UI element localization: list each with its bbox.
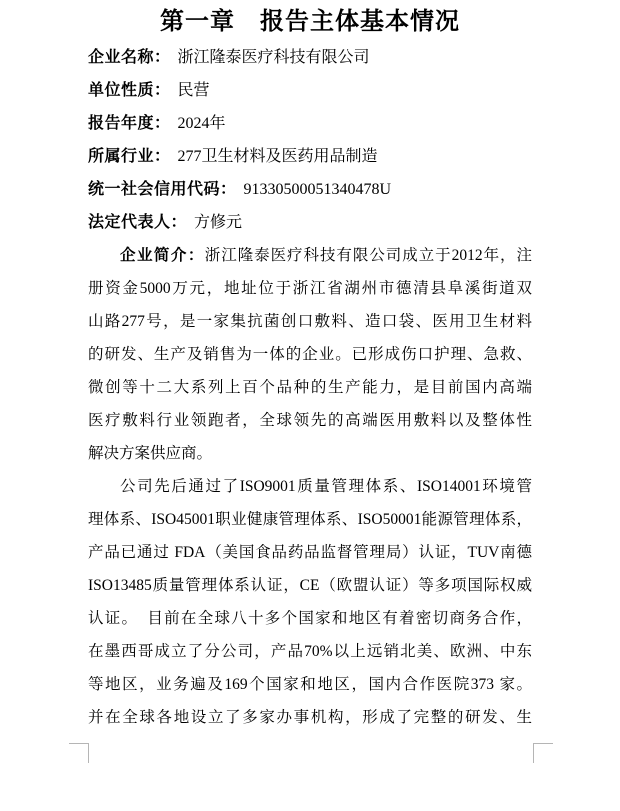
paragraph-line: 企业简介：浙江隆泰医疗科技有限公司成立于2012年，注: [88, 239, 532, 272]
chapter-title: 第一章 报告主体基本情况: [0, 0, 620, 39]
field-row: 所属行业：277卫生材料及医药用品制造: [88, 140, 532, 173]
paragraph-line: 等地区，业务遍及169个国家和地区，国内合作医院373 家。: [88, 668, 532, 701]
field-value: 民营: [178, 82, 210, 99]
document-body: 企业名称：浙江隆泰医疗科技有限公司单位性质：民营报告年度：2024年所属行业：2…: [88, 41, 532, 734]
document-page: 第一章 报告主体基本情况 企业名称：浙江隆泰医疗科技有限公司单位性质：民营报告年…: [0, 0, 620, 811]
field-label: 所属行业：: [88, 148, 171, 165]
paragraph-line: 微创等十二大系列上百个品种的生产能力，是目前国内高端: [88, 371, 532, 404]
paragraph-line: 的研发、生产及销售为一体的企业。已形成伤口护理、急救、: [88, 338, 532, 371]
paragraph-line: 产品已通过 FDA（美国食品药品监督管理局）认证，TUV南德: [88, 536, 532, 569]
inline-label: 企业简介：: [120, 247, 205, 264]
paragraph-line: 公司先后通过了ISO9001质量管理体系、ISO14001环境管: [88, 470, 532, 503]
paragraph-line: 在墨西哥成立了分公司，产品70%以上远销北美、欧洲、中东: [88, 635, 532, 668]
paragraph-line: ISO13485质量管理体系认证，CE（欧盟认证）等多项国际权威: [88, 569, 532, 602]
paragraph-line: 册资金5000万元，地址位于浙江省湖州市德清县阜溪街道双: [88, 272, 532, 305]
field-value: 277卫生材料及医药用品制造: [178, 148, 378, 165]
field-value: 浙江隆泰医疗科技有限公司: [178, 49, 370, 66]
field-row: 报告年度：2024年: [88, 107, 532, 140]
field-row: 法定代表人：方修元: [88, 206, 532, 239]
paragraph-line: 医疗敷料行业领跑者，全球领先的高端医用敷料以及整体性: [88, 404, 532, 437]
field-label: 企业名称：: [88, 49, 171, 66]
field-label: 单位性质：: [88, 82, 171, 99]
paragraph-line: 山路277号，是一家集抗菌创口敷料、造口袋、医用卫生材料: [88, 305, 532, 338]
field-row: 统一社会信用代码：91330500051340478U: [88, 173, 532, 206]
paragraph-line: 解决方案供应商。: [88, 437, 532, 470]
field-label: 法定代表人：: [88, 214, 187, 231]
page-margin-mark-right: [533, 743, 553, 763]
field-value: 91330500051340478U: [244, 181, 392, 198]
paragraph-line: 认证。 目前在全球八十多个国家和地区有着密切商务合作，: [88, 602, 532, 635]
field-value: 方修元: [194, 214, 242, 231]
paragraph: 企业简介：浙江隆泰医疗科技有限公司成立于2012年，注册资金5000万元，地址位…: [88, 239, 532, 470]
paragraph: 公司先后通过了ISO9001质量管理体系、ISO14001环境管理体系、ISO4…: [88, 470, 532, 734]
field-label: 统一社会信用代码：: [88, 181, 237, 198]
field-label: 报告年度：: [88, 115, 171, 132]
company-fields: 企业名称：浙江隆泰医疗科技有限公司单位性质：民营报告年度：2024年所属行业：2…: [88, 41, 532, 239]
paragraph-line: 理体系、ISO45001职业健康管理体系、ISO50001能源管理体系，: [88, 503, 532, 536]
field-value: 2024年: [178, 115, 226, 132]
field-row: 企业名称：浙江隆泰医疗科技有限公司: [88, 41, 532, 74]
company-intro-paragraphs: 企业简介：浙江隆泰医疗科技有限公司成立于2012年，注册资金5000万元，地址位…: [88, 239, 532, 734]
field-row: 单位性质：民营: [88, 74, 532, 107]
page-margin-mark-left: [69, 743, 89, 763]
paragraph-line: 并在全球各地设立了多家办事机构，形成了完整的研发、生: [88, 701, 532, 734]
